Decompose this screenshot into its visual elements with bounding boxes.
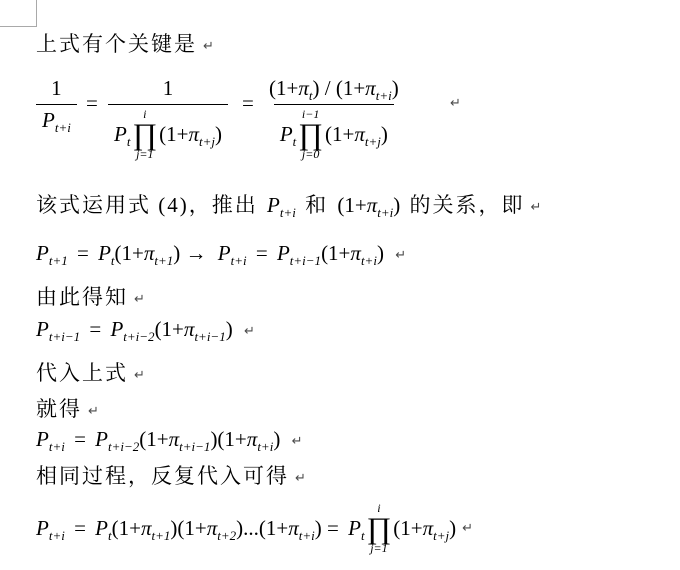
pilcrow-mark: ↵ <box>295 471 306 486</box>
fraction: 1 Pt i ∏ j=1 (1+πt+j) <box>108 66 228 160</box>
equals-sign: ) = <box>315 516 339 540</box>
math-variable: π <box>288 516 299 540</box>
math-variable: π <box>144 241 155 265</box>
equals-sign: = <box>74 427 86 451</box>
math-subscript: t+i <box>257 439 273 454</box>
equation-2: Pt+1 = Pt(1+πt+1) → Pt+i = Pt+i−1(1+πt+i… <box>36 238 406 271</box>
fraction-numerator: 1 <box>45 66 68 104</box>
math-variable: P <box>110 317 123 341</box>
math-operator: ) <box>381 122 388 146</box>
math-operator: (1+ <box>155 317 184 341</box>
math-subscript: t+i <box>55 120 71 135</box>
equals-sign: = <box>242 91 254 116</box>
cjk-text: 代入上式 <box>36 361 128 385</box>
math-number: 1 <box>163 76 174 101</box>
equals-sign: = <box>256 241 268 265</box>
fraction: (1+πt) / (1+πt+i) Pt i−1 ∏ j=0 (1+πt+j) <box>263 66 405 160</box>
math-variable: P <box>95 516 108 540</box>
math-subscript: t+1 <box>154 253 173 268</box>
equation-5: Pt+i = Pt(1+πt+1)(1+πt+2)...(1+πt+i) = P… <box>36 496 473 560</box>
product-lower-limit: j=1 <box>136 148 153 161</box>
math-operator: (1+ <box>112 516 141 540</box>
math-subscript: t+i <box>299 528 315 543</box>
math-variable: P <box>36 241 49 265</box>
product-lower-limit: j=0 <box>302 148 319 161</box>
math-operator: )(1+ <box>170 516 206 540</box>
math-operator: ) <box>273 427 280 451</box>
paragraph-line-3: 该式运用式 (4)，推出 Pt+i 和 (1+πt+i) 的关系，即↵ <box>36 190 541 223</box>
pilcrow-mark: ↵ <box>462 521 473 536</box>
product-symbol: ∏ <box>298 121 323 148</box>
math-subscript: t+i−1 <box>290 253 321 268</box>
math-subscript: t+2 <box>217 528 236 543</box>
fraction-denominator: Pt+i <box>36 104 77 133</box>
fraction: 1 Pt+i <box>36 66 77 133</box>
cjk-text: 就得 <box>36 397 82 421</box>
math-variable: π <box>350 241 361 265</box>
math-subscript: t <box>293 134 297 149</box>
equals-sign: = <box>86 91 98 116</box>
product-lower-limit: j=1 <box>370 542 387 555</box>
math-operator: ) <box>226 317 233 341</box>
math-operator: (1+ <box>159 122 188 146</box>
math-subscript: t+i−1 <box>194 329 225 344</box>
math-operator: (1+ <box>337 193 366 217</box>
cjk-text: 由此得知 <box>36 285 128 309</box>
math-subscript: t+1 <box>49 253 68 268</box>
math-subscript: t <box>361 528 365 543</box>
pilcrow-mark: ↵ <box>134 368 145 383</box>
math-subscript: t+i−1 <box>179 439 210 454</box>
fraction-denominator: Pt i−1 ∏ j=0 (1+πt+j) <box>274 104 394 160</box>
math-subscript: t+i <box>361 253 377 268</box>
equation-4: Pt+i = Pt+i−2(1+πt+i−1)(1+πt+i) ↵ <box>36 424 302 457</box>
arrow-operator: ) → <box>173 241 206 265</box>
math-operator: ) <box>215 122 222 146</box>
math-variable: π <box>169 427 180 451</box>
math-operator: (1+ <box>269 76 298 100</box>
math-variable: P <box>36 427 49 451</box>
math-subscript: t+i−2 <box>108 439 139 454</box>
product-operator: i ∏ j=1 <box>367 502 392 554</box>
math-variable: P <box>348 516 361 540</box>
math-variable: π <box>141 516 152 540</box>
pilcrow-mark: ↵ <box>88 404 99 419</box>
cjk-text: 该式运用式 (4)，推出 <box>36 193 258 217</box>
pilcrow-mark: ↵ <box>244 324 255 339</box>
math-variable: P <box>114 122 127 146</box>
math-subscript: t+1 <box>152 528 171 543</box>
fraction-numerator: (1+πt) / (1+πt+i) <box>263 66 405 104</box>
math-variable: P <box>36 516 49 540</box>
math-number: 1 <box>51 76 62 101</box>
math-variable: P <box>42 108 55 132</box>
cjk-text: 和 <box>305 193 328 217</box>
math-subscript: t+j <box>365 134 381 149</box>
math-operator: (1+ <box>393 516 422 540</box>
math-operator: ) <box>449 516 456 540</box>
math-subscript: t+j <box>199 134 215 149</box>
equals-sign: = <box>77 241 89 265</box>
math-variable: P <box>98 241 111 265</box>
product-operator: i ∏ j=1 <box>132 108 157 160</box>
math-operator: ) <box>393 193 400 217</box>
paragraph-line-8: 就得↵ <box>36 393 99 423</box>
math-variable: P <box>218 241 231 265</box>
math-operator: )...(1+ <box>236 516 288 540</box>
equation-1: 1 Pt+i = 1 Pt i ∏ j=1 (1+πt+j) = (1+πt) … <box>36 66 466 166</box>
math-variable: π <box>365 76 376 100</box>
pilcrow-mark: ↵ <box>292 434 303 449</box>
math-variable: π <box>184 317 195 341</box>
math-operator: (1+ <box>325 122 354 146</box>
math-operator: (1+ <box>139 427 168 451</box>
pilcrow-mark: ↵ <box>450 96 461 111</box>
cjk-text: 上式有个关键是 <box>36 32 197 56</box>
math-operator: ) / (1+ <box>313 76 366 100</box>
math-subscript: t+i <box>49 528 65 543</box>
pilcrow-mark: ↵ <box>134 292 145 307</box>
paragraph-line-7: 代入上式↵ <box>36 357 145 387</box>
math-subscript: t+i <box>376 88 392 103</box>
pilcrow-mark: ↵ <box>203 39 214 54</box>
math-subscript: t+i−2 <box>123 329 154 344</box>
product-symbol: ∏ <box>367 515 392 542</box>
math-variable: P <box>280 122 293 146</box>
math-variable: π <box>354 122 365 146</box>
math-subscript: t <box>127 134 131 149</box>
math-subscript: t+i <box>49 439 65 454</box>
paragraph-line-10: 相同过程，反复代入可得↵ <box>36 460 306 490</box>
math-variable: P <box>267 193 280 217</box>
math-operator: ) <box>377 241 384 265</box>
math-subscript: t+j <box>433 528 449 543</box>
fraction-denominator: Pt i ∏ j=1 (1+πt+j) <box>108 104 228 160</box>
cjk-text: 的关系，即 <box>409 193 524 217</box>
equals-sign: = <box>74 516 86 540</box>
text-boundary-corner-mark <box>0 0 37 27</box>
equation-3: Pt+i−1 = Pt+i−2(1+πt+i−1) ↵ <box>36 314 255 347</box>
paragraph-line-1: 上式有个关键是↵ <box>36 28 214 58</box>
paragraph-line-5: 由此得知↵ <box>36 281 145 311</box>
math-variable: π <box>423 516 434 540</box>
pilcrow-mark: ↵ <box>530 200 541 215</box>
math-subscript: t+i <box>280 205 296 220</box>
equals-sign: = <box>89 317 101 341</box>
math-variable: π <box>298 76 309 100</box>
math-operator: (1+ <box>115 241 144 265</box>
math-variable: π <box>367 193 378 217</box>
math-variable: π <box>247 427 258 451</box>
math-subscript: t+i <box>231 253 247 268</box>
math-variable: P <box>36 317 49 341</box>
math-variable: P <box>95 427 108 451</box>
math-operator: ) <box>392 76 399 100</box>
fraction-numerator: 1 <box>157 66 180 104</box>
math-subscript: t+i <box>377 205 393 220</box>
math-variable: π <box>207 516 218 540</box>
math-operator: )(1+ <box>210 427 246 451</box>
math-subscript: t+i−1 <box>49 329 80 344</box>
product-operator: i−1 ∏ j=0 <box>298 108 323 160</box>
pilcrow-mark: ↵ <box>395 248 406 263</box>
product-symbol: ∏ <box>132 121 157 148</box>
cjk-text: 相同过程，反复代入可得 <box>36 464 289 488</box>
math-variable: π <box>189 122 200 146</box>
document-page[interactable]: 上式有个关键是↵ 1 Pt+i = 1 Pt i ∏ j=1 (1+πt+j) … <box>0 0 680 570</box>
math-variable: P <box>277 241 290 265</box>
math-operator: (1+ <box>321 241 350 265</box>
